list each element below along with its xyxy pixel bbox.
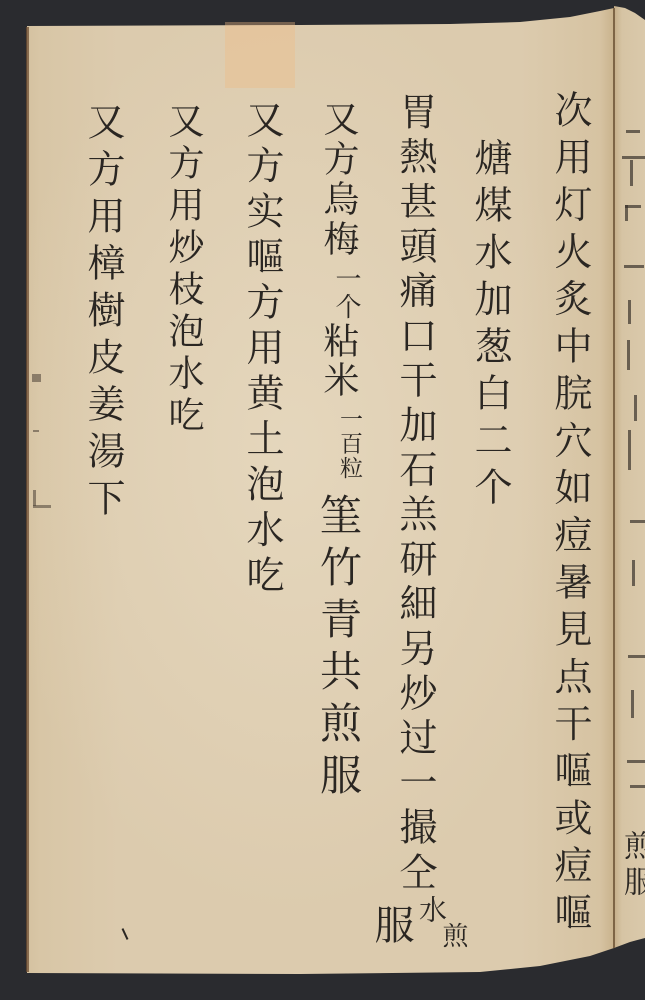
adjacent-page-text: 煎服 xyxy=(620,830,645,902)
column-3-annotation-right-1: 水 xyxy=(417,895,445,923)
page-fold-line xyxy=(613,8,615,948)
text-column-6: 又方用炒枝泡水吃 xyxy=(165,102,201,438)
text-column-3: 胃熱甚頭痛口干加石羔研細另炒过一撮仝 xyxy=(396,92,434,897)
clipped-character-fragment xyxy=(628,430,631,470)
clipped-character-fragment xyxy=(632,560,635,586)
clipped-character-fragment xyxy=(625,205,628,221)
text-column-4-segment-2: 粘米 xyxy=(320,322,356,400)
ink-bleed-mark xyxy=(33,490,36,506)
clipped-character-fragment xyxy=(630,520,645,523)
clipped-character-fragment xyxy=(630,785,645,788)
clipped-character-fragment xyxy=(631,690,634,718)
clipped-character-fragment xyxy=(622,156,645,159)
ink-bleed-mark xyxy=(32,374,41,382)
column-3-annotation-left: 服 xyxy=(371,904,411,944)
text-column-7: 又方用樟樹皮姜湯下 xyxy=(84,102,122,525)
clipped-character-fragment xyxy=(628,300,631,324)
clipped-character-fragment xyxy=(624,265,644,268)
text-column-4-small-note-2: 一百粒 xyxy=(337,407,360,481)
ink-bleed-mark xyxy=(33,430,39,432)
clipped-character-fragment xyxy=(628,655,645,658)
text-column-1: 次用灯火炙中脘穴如痘暑見点干嘔或痘嘔 xyxy=(551,90,589,940)
clipped-character-fragment xyxy=(630,160,633,186)
clipped-character-fragment xyxy=(626,130,640,133)
ink-bleed-mark xyxy=(33,505,51,508)
text-column-5: 又方实嘔方用黄土泡水吃 xyxy=(243,100,281,601)
faded-seal-stamp xyxy=(225,22,295,88)
text-column-2: 煻煤水加葱白二个 xyxy=(471,138,509,514)
clipped-character-fragment xyxy=(627,340,630,370)
column-3-annotation-right-2: 煎 xyxy=(440,922,466,948)
clipped-character-fragment xyxy=(627,760,645,763)
text-column-4-segment-1: 又方烏梅 xyxy=(320,100,356,260)
text-column-4-segment-3: 筀竹青共煎服 xyxy=(317,493,359,805)
clipped-character-fragment xyxy=(634,395,637,421)
text-column-4-small-note-1: 一个 xyxy=(333,265,359,321)
page-left-edge xyxy=(26,27,29,972)
